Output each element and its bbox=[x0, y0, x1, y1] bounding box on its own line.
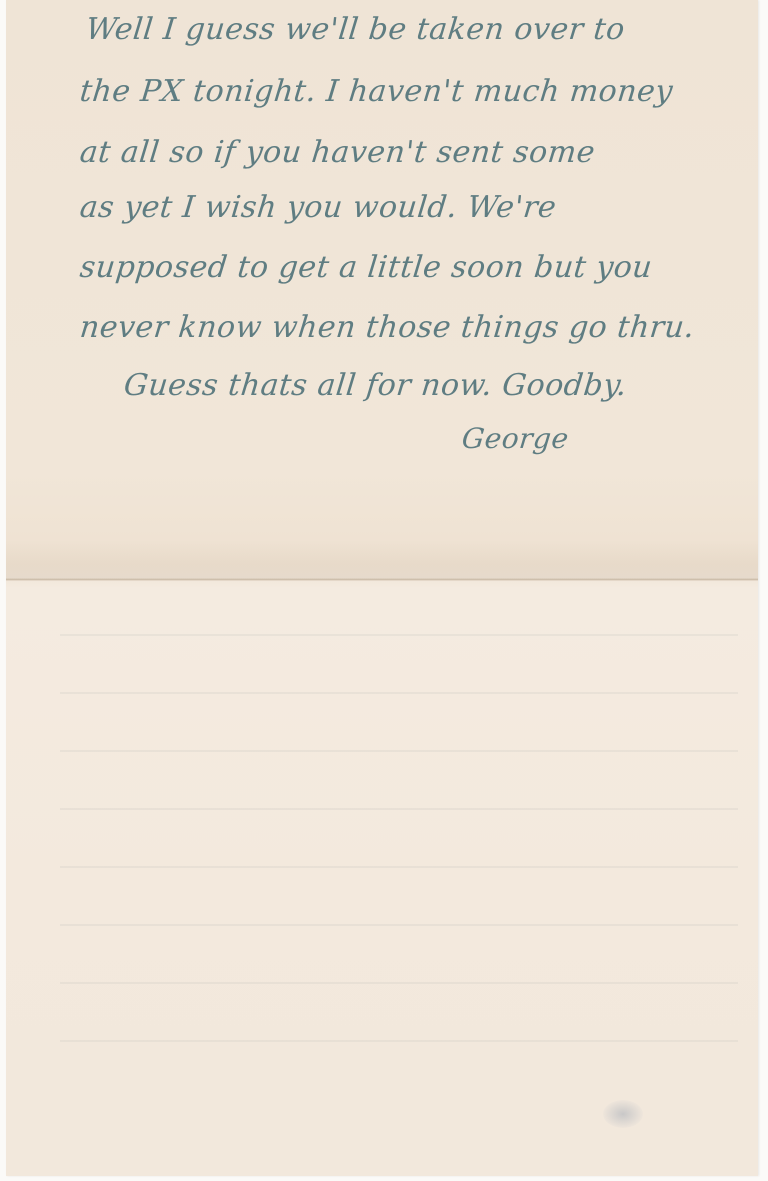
ink-bleed-through bbox=[60, 590, 738, 1070]
paper-fold-line bbox=[6, 578, 758, 581]
paper-stain bbox=[603, 1100, 643, 1128]
signature: George bbox=[460, 422, 570, 455]
letter-line-2: the PX tonight. I haven't much money bbox=[78, 74, 675, 109]
letter-line-6: never know when those things go thru. bbox=[78, 310, 696, 345]
letter-line-3: at all so if you haven't sent some bbox=[78, 135, 597, 170]
letter-line-4: as yet I wish you would. We're bbox=[78, 190, 558, 225]
letter-line-1: Well I guess we'll be taken over to bbox=[84, 12, 626, 47]
letter-line-7: Guess thats all for now. Goodby. bbox=[122, 368, 629, 403]
fold-shadow bbox=[6, 540, 758, 580]
letter-line-5: supposed to get a little soon but you bbox=[78, 250, 654, 285]
